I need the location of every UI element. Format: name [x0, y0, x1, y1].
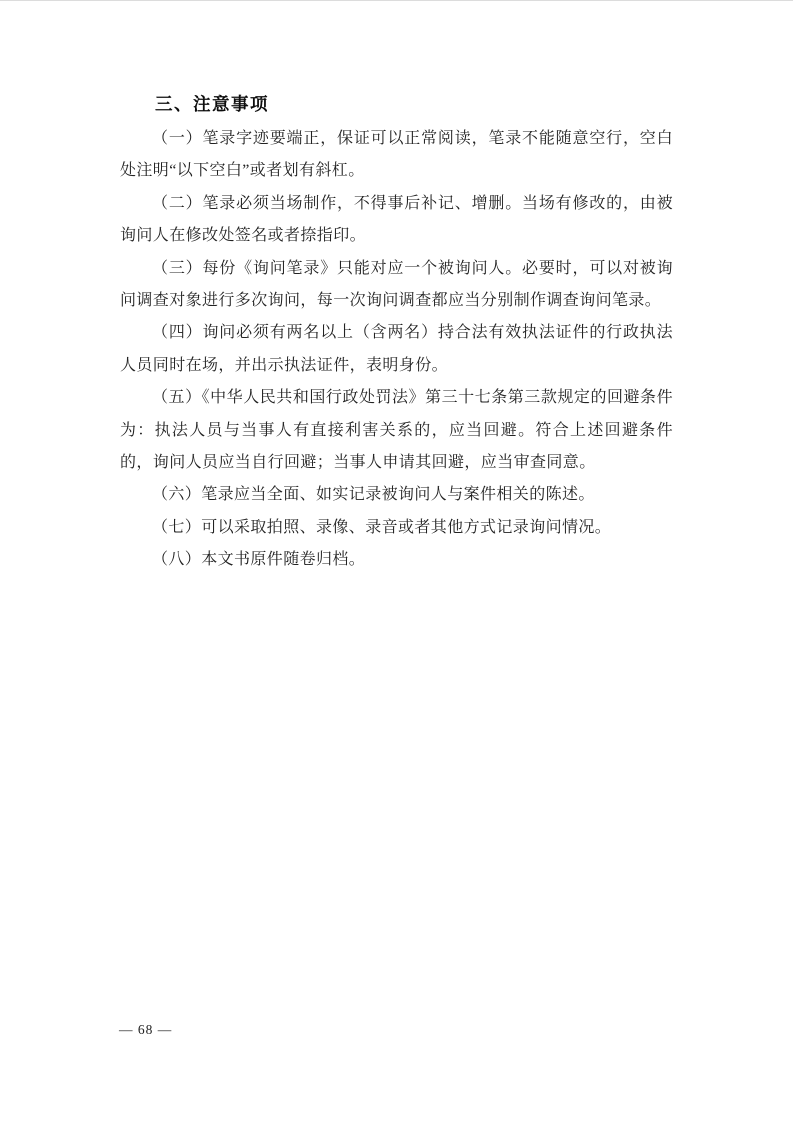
note-item: （二）笔录必须当场制作，不得事后补记、增删。当场有修改的，由被询问人在修改处签名… — [120, 188, 673, 253]
notes-list: （一）笔录字迹要端正，保证可以正常阅读，笔录不能随意空行，空白处注明“以下空白”… — [120, 123, 673, 577]
note-item: （四）询问必须有两名以上（含两名）持合法有效执法证件的行政执法人员同时在场，并出… — [120, 317, 673, 382]
note-item: （八）本文书原件随卷归档。 — [120, 544, 673, 576]
section-heading: 三、注意事项 — [120, 88, 673, 121]
note-item: （七）可以采取拍照、录像、录音或者其他方式记录询问情况。 — [120, 512, 673, 544]
note-item: （一）笔录字迹要端正，保证可以正常阅读，笔录不能随意空行，空白处注明“以下空白”… — [120, 123, 673, 188]
note-item: （六）笔录应当全面、如实记录被询问人与案件相关的陈述。 — [120, 479, 673, 511]
notes-section: 三、注意事项 （一）笔录字迹要端正，保证可以正常阅读，笔录不能随意空行，空白处注… — [120, 88, 673, 577]
note-item: （三）每份《询问笔录》只能对应一个被询问人。必要时，可以对被询问调查对象进行多次… — [120, 253, 673, 318]
note-item: （五）《中华人民共和国行政处罚法》第三十七条第三款规定的回避条件为：执法人员与当… — [120, 382, 673, 479]
page-top-edge — [0, 0, 793, 1]
page-number: — 68 — — [119, 1022, 172, 1038]
